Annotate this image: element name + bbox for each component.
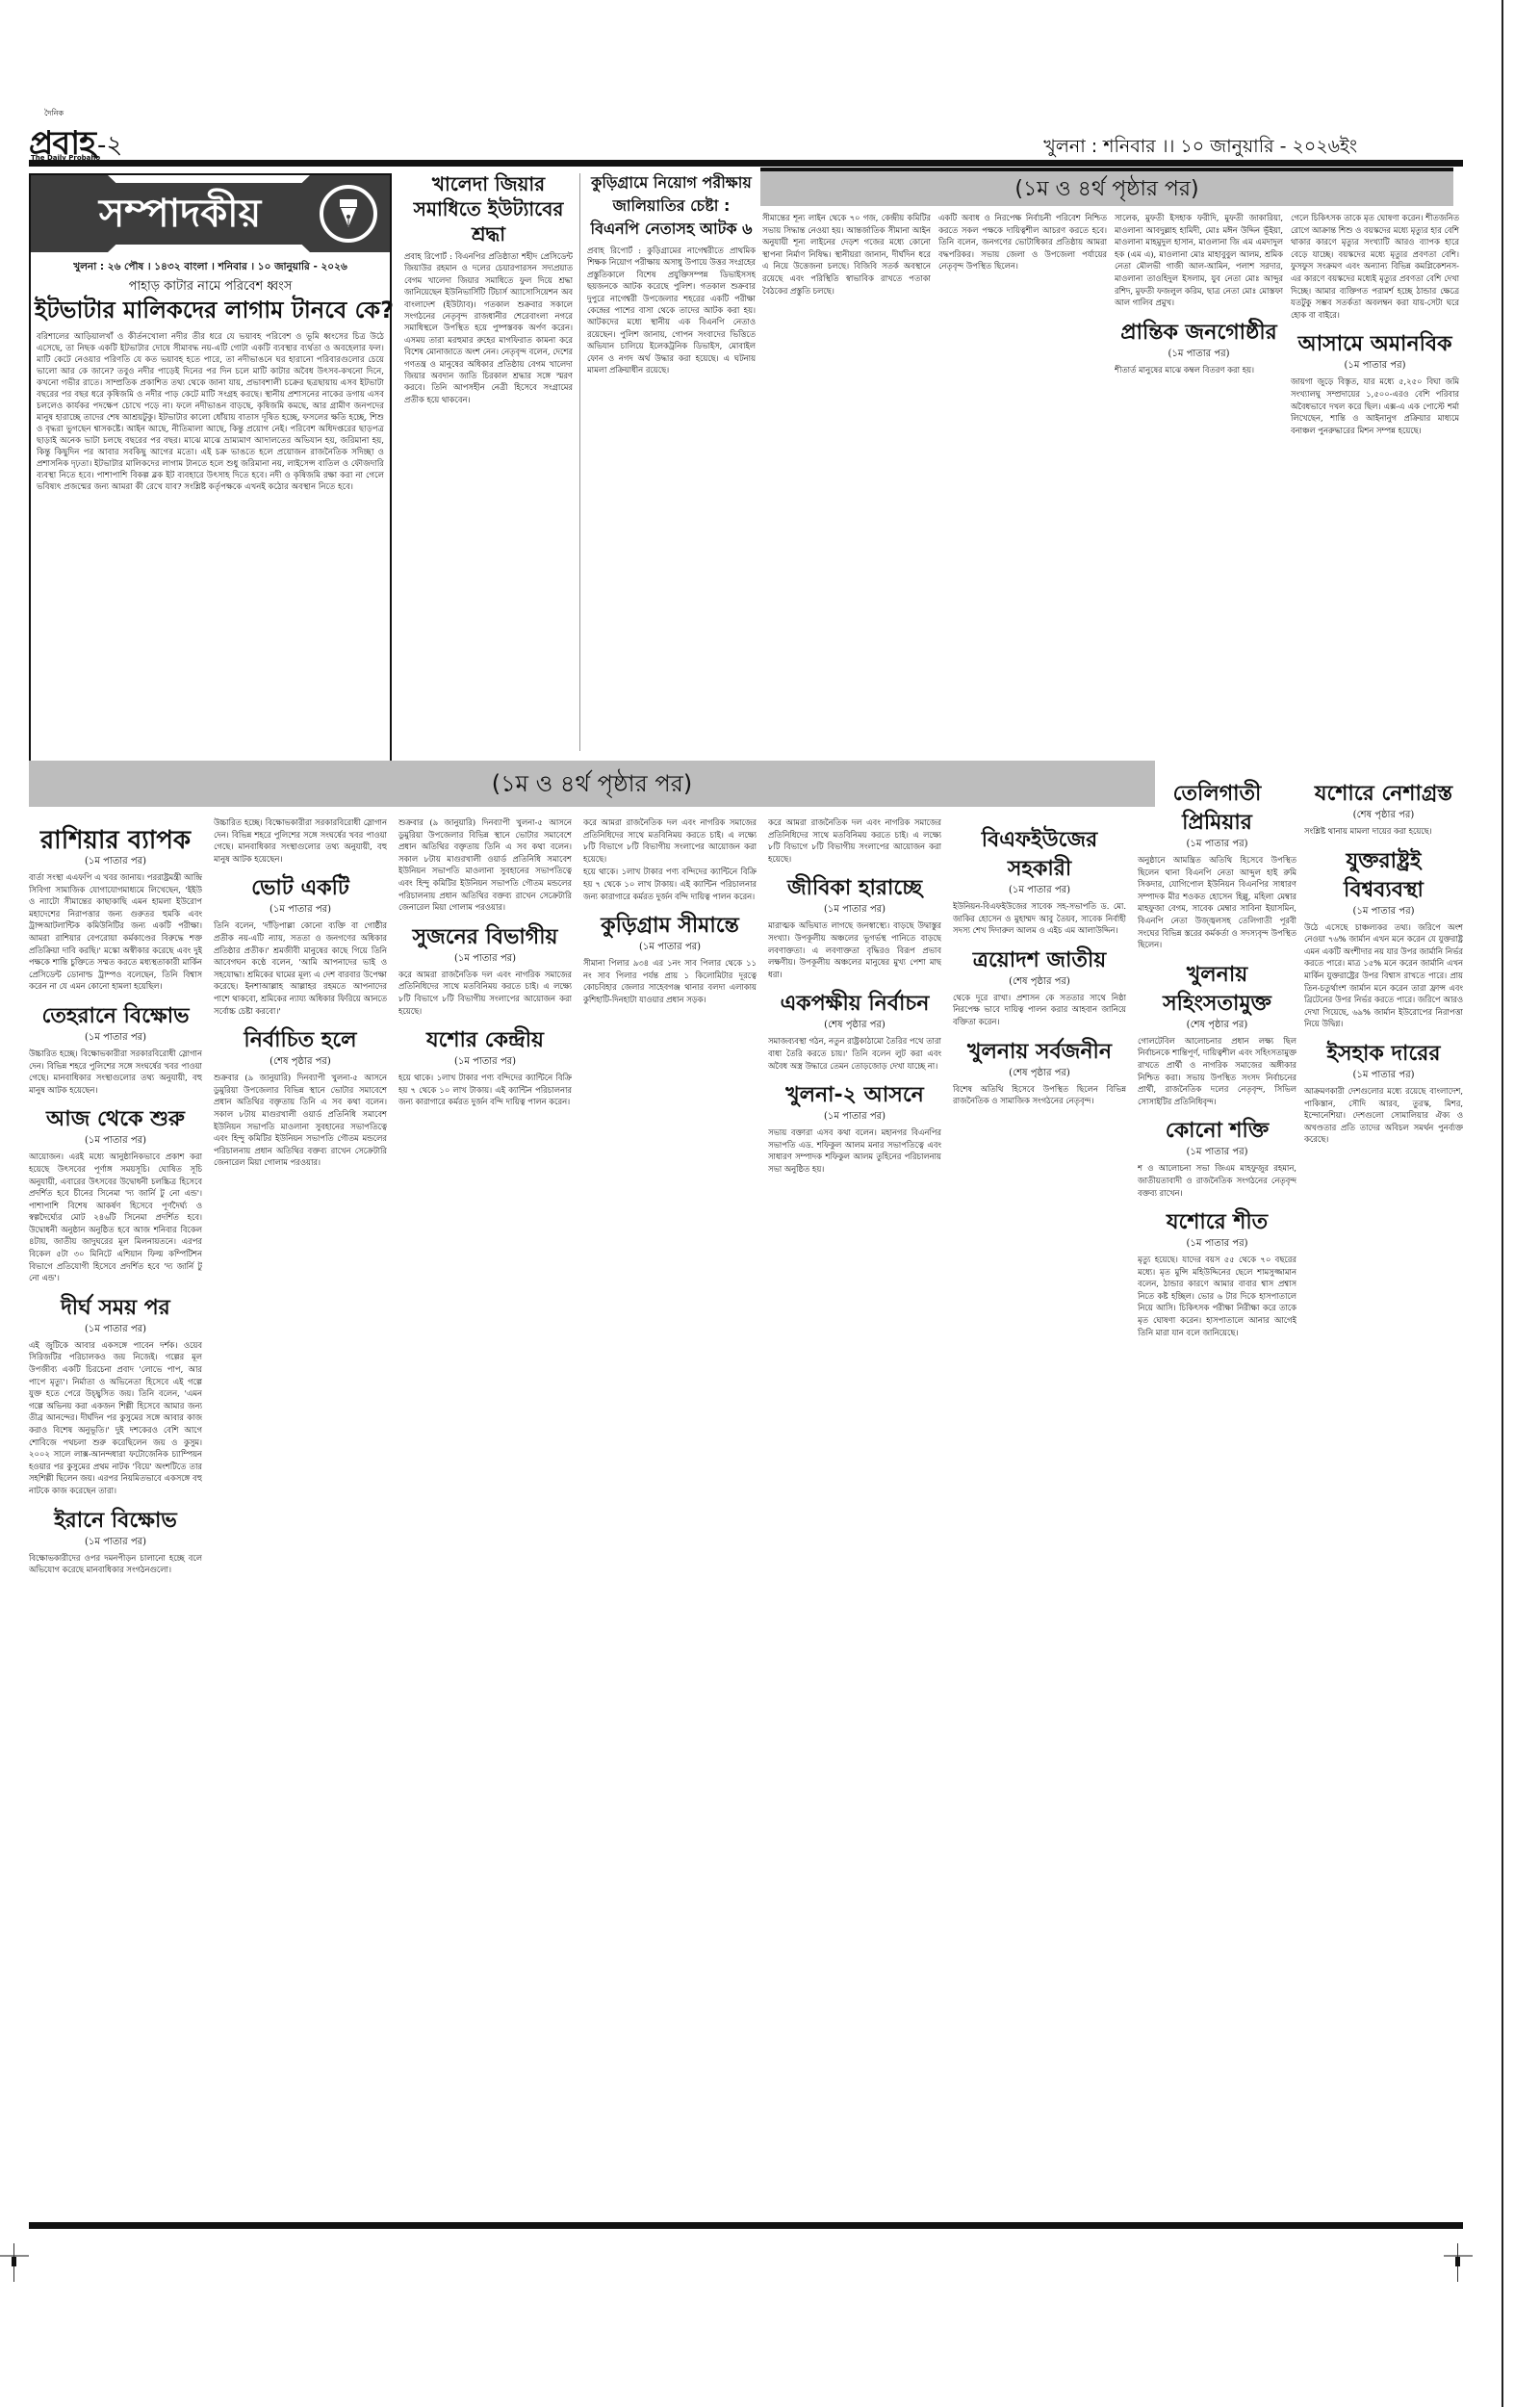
newspaper-logo: দৈনিক প্রবাহ -২ The Daily Probaho xyxy=(29,116,122,160)
column-6: বিএফইউজের সহকারী (১ম পাতার পর) ইউনিয়ন-ব… xyxy=(953,816,1126,2217)
continued-column: সালেক, মুফতী ইসহাক ফরীদি, মুফতী জাকারিয়… xyxy=(1115,212,1283,558)
section-heading[interactable]: আসামে অমানবিক xyxy=(1291,330,1459,359)
section-heading[interactable]: ভোট একটি xyxy=(214,874,387,903)
section-heading[interactable]: সুজনের বিভাগীয় xyxy=(398,923,572,952)
crop-mark-icon xyxy=(0,2243,29,2282)
editorial-date: খুলনা : ২৬ পৌষ । ১৪৩২ বাংলা । শনিবার । ১… xyxy=(35,260,386,276)
top-rule xyxy=(29,160,1463,167)
column-1: রাশিয়ার ব্যাপক (১ম পাতার পর) বার্তা সংস… xyxy=(29,816,202,2217)
section-heading[interactable]: তেহরানে বিক্ষোভ xyxy=(29,1002,202,1031)
banner-notch xyxy=(108,175,310,183)
section-heading[interactable]: কোনো শক্তি xyxy=(1138,1117,1296,1146)
section-heading[interactable]: যশোর কেন্দ্রীয় xyxy=(398,1026,572,1055)
section-heading[interactable]: বিএফইউজের সহকারী xyxy=(953,826,1126,884)
section-heading[interactable]: কুড়িগ্রাম সীমান্তে xyxy=(583,912,757,941)
section-heading[interactable]: ইরানে বিক্ষোভ xyxy=(29,1507,202,1536)
section-heading[interactable]: আজ থেকে শুরু xyxy=(29,1105,202,1134)
section-heading[interactable]: জীবিকা হারাচ্ছে xyxy=(768,874,941,903)
column-2: উচ্চারিত হচ্ছে। বিক্ষোভকারীরা সরকারবিরোধ… xyxy=(214,816,387,2217)
logo-prefix: দৈনিক xyxy=(44,108,64,120)
story-headline[interactable]: খালেদা জিয়ার সমাধিতে ইউট্যাবের শ্রদ্ধা xyxy=(404,171,573,246)
pen-nib-icon xyxy=(320,185,377,243)
section-heading[interactable]: যুক্তরাষ্ট্রই বিশ্বব্যবস্থা xyxy=(1304,847,1463,905)
column-5: করে আমরা রাজনৈতিক দল এবং নাগরিক সমাজের প… xyxy=(768,816,941,2217)
bottom-rule xyxy=(29,2222,1463,2229)
section-heading[interactable]: ইসহাক দারের xyxy=(1304,1040,1463,1069)
editorial-headline: ইটভাটার মালিকদের লাগাম টানবে কে? xyxy=(35,295,386,325)
continued-banner: (১ম ও ৪র্থ পৃষ্ঠার পর) xyxy=(29,761,1155,807)
newspaper-page: দৈনিক প্রবাহ -২ The Daily Probaho খুলনা … xyxy=(29,0,1482,2407)
story-body: প্রবাহ রিপোর্ট : কুড়িগ্রামের নাগেশ্বরীত… xyxy=(587,245,756,764)
section-heading[interactable]: খুলনায় সর্বজনীন xyxy=(953,1038,1126,1067)
section-heading[interactable]: যশোরে নেশাগ্রস্ত xyxy=(1304,780,1463,809)
section-heading[interactable]: তেলিগাতী প্রিমিয়ার xyxy=(1138,780,1296,838)
page-number: -২ xyxy=(97,131,122,160)
story-kurigram-exam: কুড়িগ্রামে নিয়োগ পরীক্ষায় জালিয়াতির … xyxy=(587,171,756,653)
column-divider xyxy=(579,173,580,751)
continued-banner: (১ম ও ৪র্থ পৃষ্ঠার পর) xyxy=(760,168,1453,206)
story-body: প্রবাহ রিপোর্ট : বিএনপির প্রতিষ্ঠাতা শহী… xyxy=(404,250,573,770)
banner-notch xyxy=(108,245,310,252)
section-heading[interactable]: প্রান্তিক জনগোষ্ঠীর xyxy=(1115,319,1283,348)
editorial-body: বরিশালের আড়িয়ালখাঁ ও কীর্তনখোলা নদীর ত… xyxy=(37,331,384,755)
section-heading[interactable]: একপক্ষীয় নির্বাচন xyxy=(768,990,941,1019)
section-heading[interactable]: ত্রয়োদশ জাতীয় xyxy=(953,946,1126,975)
continued-column: সীমান্তের শূন্য লাইন থেকে ৭০ গজ, কেন্দ্র… xyxy=(762,212,931,756)
page-edge-rule xyxy=(1501,0,1503,2407)
editorial-title: সম্পাদকীয় xyxy=(50,185,310,243)
crop-mark-icon xyxy=(1444,2243,1473,2282)
masthead: দৈনিক প্রবাহ -২ The Daily Probaho খুলনা … xyxy=(29,116,1473,164)
section-heading[interactable]: যশোরে শীত xyxy=(1138,1208,1296,1237)
section-heading[interactable]: দীর্ঘ সময় পর xyxy=(29,1294,202,1323)
section-heading[interactable]: নির্বাচিত হলে xyxy=(214,1026,387,1055)
section-heading[interactable]: খুলনায় সহিংসতামুক্ত xyxy=(1138,961,1296,1019)
column-4: করে আমরা রাজনৈতিক দল এবং নাগরিক সমাজের প… xyxy=(583,816,757,2217)
editorial-box: সম্পাদকীয় খুলনা : ২৬ পৌষ । ১৪৩২ বাংলা ।… xyxy=(29,173,392,763)
column-3: শুক্রবার (৯ জানুয়ারি) দিনব্যাপী খুলনা-৫… xyxy=(398,816,572,2217)
story-headline[interactable]: কুড়িগ্রামে নিয়োগ পরীক্ষায় জালিয়াতির … xyxy=(587,171,756,241)
section-heading[interactable]: খুলনা-২ আসনে xyxy=(768,1081,941,1110)
continued-column: গেলে চিকিৎসক তাকে মৃত ঘোষণা করেন। শীতজনি… xyxy=(1291,212,1459,751)
column-8: যশোরে নেশাগ্রস্ত (শেষ পৃষ্ঠার পর) সংশ্লি… xyxy=(1304,770,1463,2217)
column-7: তেলিগাতী প্রিমিয়ার (১ম পাতার পর) অনুষ্ঠ… xyxy=(1138,770,1296,2217)
editorial-banner: সম্পাদকীয় xyxy=(31,175,390,252)
section-heading[interactable]: রাশিয়ার ব্যাপক xyxy=(29,826,202,855)
story-khaleda-zia: খালেদা জিয়ার সমাধিতে ইউট্যাবের শ্রদ্ধা … xyxy=(404,171,573,653)
continued-column: একটি অবাধ ও নিরপেক্ষ নির্বাচনী পরিবেশ নি… xyxy=(938,212,1107,756)
